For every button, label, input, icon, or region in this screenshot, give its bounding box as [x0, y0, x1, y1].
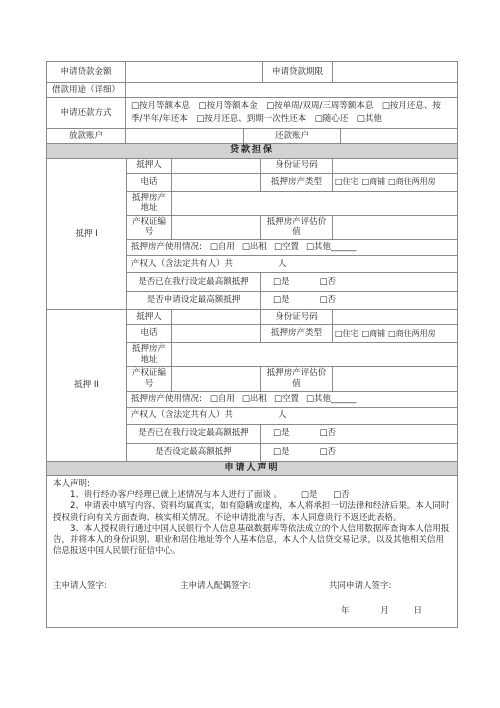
property-type-option-shop[interactable]: □商铺	[362, 329, 386, 339]
co-applicant-signature-area[interactable]: 共同申请人签字:	[329, 581, 451, 592]
appraisal-value-label: 抵押房产评估价值	[261, 216, 333, 240]
usage-option-self[interactable]: □自用	[210, 394, 235, 405]
cert-no-input[interactable]	[172, 216, 261, 240]
spouse-signature-area[interactable]: 主申请人配偶签字:	[180, 581, 329, 592]
usage-label: 抵押房产使用情况:	[131, 242, 202, 253]
phone-label: 电话	[127, 325, 172, 343]
mortgage-1-mortgagor-row: 抵押人 身份证号码	[127, 159, 458, 174]
cert-no-label: 产权证编号	[127, 216, 172, 240]
appraisal-value-input[interactable]	[333, 216, 458, 240]
mortgage-1-cert-row: 产权证编号 抵押房产评估价值	[127, 216, 458, 240]
repay-account-input[interactable]	[341, 129, 458, 144]
id-number-label: 身份证号码	[261, 159, 333, 174]
mortgage-2-phone-row: 电话 抵押房产类型 □住宅 □商铺 □商住两用房	[127, 325, 458, 343]
signature-row: 主申请人签字: 主申请人配偶签字: 共同申请人签字:	[53, 581, 451, 592]
loan-amount-label: 申请贷款金额	[47, 62, 126, 83]
mortgage-1-apply-max-row: 是否申请设定最高额抵押 □是 □否	[127, 292, 458, 310]
guarantee-section-header-row: 贷款担保	[47, 144, 458, 158]
usage-option-rented[interactable]: □出租	[242, 242, 267, 253]
repay-account-label: 还款账户	[244, 129, 341, 144]
co-applicant-signature-label: 共同申请人签字:	[329, 581, 391, 591]
no-checkbox[interactable]: □否	[320, 277, 337, 288]
yes-checkbox[interactable]: □是	[273, 447, 290, 458]
existing-max-mortgage-label: 是否已在我行设定最高额抵押	[127, 425, 261, 444]
owners-unit-label: 人	[278, 410, 287, 421]
date-month-label: 月	[380, 606, 389, 616]
id-number-label: 身份证号码	[261, 310, 333, 325]
declaration-item-1-text: 1、贵行经办客户经理已就上述情况与本人进行了面谈 。	[70, 490, 282, 500]
mortgage-1-usage-row: 抵押房产使用情况: □自用 □出租 □空置 □其他______	[127, 240, 458, 256]
set-max-mortgage-options: □是 □否	[261, 444, 458, 462]
property-type-option-mixed[interactable]: □商住两用房	[388, 329, 436, 339]
mortgage-1-rows: 抵押人 身份证号码 电话 抵押房产类型 □住宅 □商铺 □商住两用房	[127, 159, 458, 311]
mortgage-2-existing-max-row: 是否已在我行设定最高额抵押 □是 □否	[127, 425, 458, 444]
mortgage-1-existing-max-row: 是否已在我行设定最高额抵押 □是 □否	[127, 273, 458, 292]
property-address-input[interactable]	[172, 343, 458, 367]
property-type-options: □住宅 □商铺 □商住两用房	[333, 325, 458, 343]
mortgage-2-block: 抵押 II 抵押人 身份证号码 电话 抵押房产类型 □住宅 □商铺 □商住两用房	[47, 310, 458, 462]
phone-input[interactable]	[172, 174, 261, 192]
disburse-account-input[interactable]	[126, 129, 244, 144]
repayment-method-row: 申请还款方式 □按月等额本息 □按月等额本金 □按单周/双周/三周等额本息 □按…	[47, 98, 458, 129]
spouse-signature-label: 主申请人配偶签字:	[180, 581, 251, 591]
no-checkbox[interactable]: □否	[320, 295, 337, 306]
loan-purpose-row: 借款用途（详细）	[47, 83, 458, 98]
owners-label: 产权人（含法定共有人）共	[131, 259, 233, 270]
no-checkbox[interactable]: □否	[320, 428, 337, 439]
repayment-method-options[interactable]: □按月等额本息 □按月等额本金 □按单周/双周/三周等额本息 □按月还息、按季/…	[126, 98, 458, 129]
declaration-section-header-row: 申请人声明	[47, 462, 458, 476]
disburse-account-label: 放款账户	[47, 129, 126, 144]
mortgagor-label: 抵押人	[127, 159, 172, 174]
loan-application-form-page: 申请贷款金额 申请贷款期限 借款用途（详细） 申请还款方式 □按月等额本息 □按…	[0, 0, 500, 708]
usage-option-vacant[interactable]: □空置	[274, 394, 299, 405]
date-day-label: 日	[413, 606, 422, 616]
loan-amount-input[interactable]	[126, 62, 263, 83]
loan-amount-row: 申请贷款金额 申请贷款期限	[47, 62, 458, 83]
declaration-item-2: 2、申请表中填写内容、资料均属真实，如有隐瞒或虚构，本人将承担一切法律和经济后果…	[53, 501, 451, 523]
yes-checkbox[interactable]: □是	[273, 428, 290, 439]
set-max-mortgage-label: 是否设定最高额抵押	[127, 444, 261, 462]
property-address-label: 抵押房产地址	[127, 343, 172, 367]
declaration-item-3: 3、本人授权贵行通过中国人民银行个人信息基础数据库等依法成立的个人信用数据库查询…	[53, 524, 451, 558]
declaration-body: 本人声明: 1、贵行经办客户经理已就上述情况与本人进行了面谈 。 □是 □否 2…	[47, 476, 458, 628]
cert-no-input[interactable]	[172, 367, 261, 391]
guarantee-section-title: 贷款担保	[47, 144, 458, 158]
property-type-options: □住宅 □商铺 □商住两用房	[333, 174, 458, 192]
apply-max-mortgage-label: 是否申请设定最高额抵押	[127, 292, 261, 310]
owners-count-cell[interactable]: 产权人（含法定共有人）共 人	[127, 408, 458, 425]
property-type-label: 抵押房产类型	[261, 325, 333, 343]
mortgage-2-block-label: 抵押 II	[47, 310, 127, 462]
mortgage-2-owners-row: 产权人（含法定共有人）共 人	[127, 408, 458, 425]
mortgagor-label: 抵押人	[127, 310, 172, 325]
existing-max-mortgage-label: 是否已在我行设定最高额抵押	[127, 273, 261, 292]
interview-no-checkbox[interactable]: □否	[333, 490, 350, 500]
mortgage-1-block-label: 抵押 I	[47, 159, 127, 311]
property-type-option-residence[interactable]: □住宅	[335, 177, 359, 187]
yes-checkbox[interactable]: □是	[273, 295, 290, 306]
property-type-label: 抵押房产类型	[261, 174, 333, 192]
mortgage-1-phone-row: 电话 抵押房产类型 □住宅 □商铺 □商住两用房	[127, 174, 458, 192]
cert-no-label: 产权证编号	[127, 367, 172, 391]
property-type-option-shop[interactable]: □商铺	[362, 177, 386, 187]
signature-date-row[interactable]: 年 月 日	[53, 606, 451, 617]
usage-option-other[interactable]: □其他______	[306, 394, 357, 405]
mortgagor-input[interactable]	[172, 159, 261, 174]
property-type-option-residence[interactable]: □住宅	[335, 329, 359, 339]
usage-options-cell: 抵押房产使用情况: □自用 □出租 □空置 □其他______	[127, 240, 458, 256]
no-checkbox[interactable]: □否	[320, 447, 337, 458]
mortgage-2-mortgagor-row: 抵押人 身份证号码	[127, 310, 458, 325]
id-number-input[interactable]	[333, 159, 458, 174]
existing-max-mortgage-options: □是 □否	[261, 273, 458, 292]
appraisal-value-label: 抵押房产评估价值	[261, 367, 333, 391]
loan-purpose-input[interactable]	[126, 83, 458, 98]
main-applicant-signature-label: 主申请人签字:	[53, 581, 107, 591]
interview-yes-checkbox[interactable]: □是	[301, 490, 318, 500]
yes-checkbox[interactable]: □是	[273, 277, 290, 288]
owners-unit-label: 人	[278, 259, 287, 270]
repayment-method-label: 申请还款方式	[47, 98, 126, 129]
usage-option-rented[interactable]: □出租	[242, 394, 267, 405]
phone-label: 电话	[127, 174, 172, 192]
phone-input[interactable]	[172, 325, 261, 343]
usage-option-vacant[interactable]: □空置	[274, 242, 299, 253]
mortgage-1-address-row: 抵押房产地址	[127, 192, 458, 216]
mortgage-2-apply-max-row: 是否设定最高额抵押 □是 □否	[127, 444, 458, 462]
usage-option-self[interactable]: □自用	[210, 242, 235, 253]
usage-option-other[interactable]: □其他______	[306, 242, 357, 253]
declaration-item-1: 1、贵行经办客户经理已就上述情况与本人进行了面谈 。 □是 □否	[53, 490, 451, 501]
property-address-input[interactable]	[172, 192, 458, 216]
loan-term-label: 申请贷款期限	[263, 62, 333, 83]
id-number-input[interactable]	[333, 310, 458, 325]
mortgage-1-block: 抵押 I 抵押人 身份证号码 电话 抵押房产类型 □住宅 □商铺 □商住两用房	[47, 159, 458, 311]
owners-label: 产权人（含法定共有人）共	[131, 410, 233, 421]
apply-max-mortgage-options: □是 □否	[261, 292, 458, 310]
declaration-intro: 本人声明:	[53, 479, 451, 490]
property-address-label: 抵押房产地址	[127, 192, 172, 216]
mortgagor-input[interactable]	[172, 310, 261, 325]
accounts-row: 放款账户 还款账户	[47, 129, 458, 144]
mortgage-2-usage-row: 抵押房产使用情况: □自用 □出租 □空置 □其他______	[127, 392, 458, 408]
existing-max-mortgage-options: □是 □否	[261, 425, 458, 444]
loan-purpose-label: 借款用途（详细）	[47, 83, 126, 98]
appraisal-value-input[interactable]	[333, 367, 458, 391]
owners-count-cell[interactable]: 产权人（含法定共有人）共 人	[127, 256, 458, 273]
date-year-label: 年	[341, 606, 350, 616]
mortgage-1-owners-row: 产权人（含法定共有人）共 人	[127, 256, 458, 273]
usage-options-cell: 抵押房产使用情况: □自用 □出租 □空置 □其他______	[127, 392, 458, 408]
loan-application-table: 申请贷款金额 申请贷款期限 借款用途（详细） 申请还款方式 □按月等额本息 □按…	[46, 61, 458, 628]
declaration-body-row: 本人声明: 1、贵行经办客户经理已就上述情况与本人进行了面谈 。 □是 □否 2…	[47, 476, 458, 628]
mortgage-2-rows: 抵押人 身份证号码 电话 抵押房产类型 □住宅 □商铺 □商住两用房	[127, 310, 458, 462]
main-applicant-signature-area[interactable]: 主申请人签字:	[53, 581, 180, 592]
usage-label: 抵押房产使用情况:	[131, 394, 202, 405]
declaration-section-title: 申请人声明	[47, 462, 458, 476]
loan-term-input[interactable]	[333, 62, 458, 83]
mortgage-2-cert-row: 产权证编号 抵押房产评估价值	[127, 367, 458, 391]
mortgage-2-address-row: 抵押房产地址	[127, 343, 458, 367]
property-type-option-mixed[interactable]: □商住两用房	[388, 177, 436, 187]
